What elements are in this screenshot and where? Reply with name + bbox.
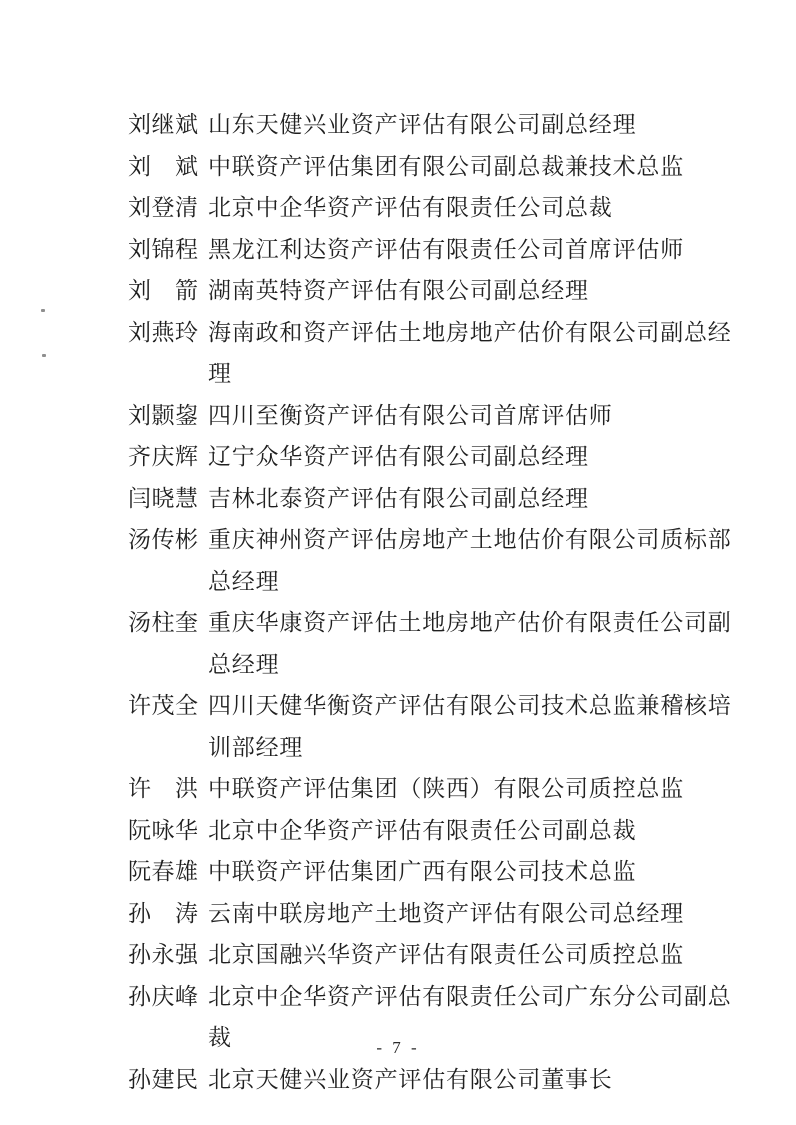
list-item: 许茂全 四川天健华衡资产评估有限公司技术总监兼稽核培训部经理 [128,685,748,768]
person-role: 辽宁众华资产评估有限公司副总经理 [208,436,748,478]
person-name: 刘燕玲 [128,312,201,354]
person-name: 刘颢鋆 [128,395,201,437]
person-role: 云南中联房地产土地资产评估有限公司总经理 [208,893,748,935]
page-number: - 7 - [0,1038,796,1058]
person-name: 阮春雄 [128,851,201,893]
list-item: 刘颢鋆 四川至衡资产评估有限公司首席评估师 [128,395,748,437]
list-item: 齐庆辉 辽宁众华资产评估有限公司副总经理 [128,436,748,478]
scan-artifact-dot [42,354,46,357]
person-role: 北京中企华资产评估有限责任公司副总裁 [208,810,748,852]
person-role: 重庆神州资产评估房地产土地估价有限公司质标部总经理 [208,519,748,602]
person-role: 重庆华康资产评估土地房地产估价有限责任公司副总经理 [208,602,748,685]
person-role: 北京国融兴华资产评估有限责任公司质控总监 [208,934,748,976]
list-item: 刘锦程 黑龙江利达资产评估有限责任公司首席评估师 [128,229,748,271]
list-item: 许 洪 中联资产评估集团（陕西）有限公司质控总监 [128,768,748,810]
list-item: 刘登清 北京中企华资产评估有限责任公司总裁 [128,187,748,229]
list-item: 刘燕玲 海南政和资产评估土地房地产估价有限公司副总经理 [128,312,748,395]
person-name: 许 洪 [128,768,201,810]
list-item: 汤柱奎 重庆华康资产评估土地房地产估价有限责任公司副总经理 [128,602,748,685]
list-item: 阮春雄 中联资产评估集团广西有限公司技术总监 [128,851,748,893]
person-name: 孙永强 [128,934,201,976]
person-name: 许茂全 [128,685,201,727]
person-name: 阮咏华 [128,810,201,852]
list-item: 闫晓慧 吉林北泰资产评估有限公司副总经理 [128,478,748,520]
person-name: 孙建民 [128,1059,201,1101]
person-name: 闫晓慧 [128,478,201,520]
person-name: 刘锦程 [128,229,201,271]
person-role: 黑龙江利达资产评估有限责任公司首席评估师 [208,229,748,271]
person-role: 中联资产评估集团有限公司副总裁兼技术总监 [208,146,748,188]
appointee-list: 刘继斌 山东天健兴业资产评估有限公司副总经理 刘 斌 中联资产评估集团有限公司副… [128,104,748,1100]
person-role: 中联资产评估集团（陕西）有限公司质控总监 [208,768,748,810]
person-name: 刘登清 [128,187,201,229]
person-name: 汤柱奎 [128,602,201,644]
scan-artifact-dot [41,309,45,312]
list-item: 汤传彬 重庆神州资产评估房地产土地估价有限公司质标部总经理 [128,519,748,602]
person-name: 齐庆辉 [128,436,201,478]
person-role: 北京中企华资产评估有限责任公司总裁 [208,187,748,229]
list-item: 孙 涛 云南中联房地产土地资产评估有限公司总经理 [128,893,748,935]
list-item: 刘 箭 湖南英特资产评估有限公司副总经理 [128,270,748,312]
person-name: 刘 箭 [128,270,201,312]
person-role: 北京天健兴业资产评估有限公司董事长 [208,1059,748,1101]
person-role: 吉林北泰资产评估有限公司副总经理 [208,478,748,520]
person-role: 四川天健华衡资产评估有限公司技术总监兼稽核培训部经理 [208,685,748,768]
person-role: 湖南英特资产评估有限公司副总经理 [208,270,748,312]
person-role: 中联资产评估集团广西有限公司技术总监 [208,851,748,893]
list-item: 孙建民 北京天健兴业资产评估有限公司董事长 [128,1059,748,1101]
list-item: 阮咏华 北京中企华资产评估有限责任公司副总裁 [128,810,748,852]
list-item: 孙永强 北京国融兴华资产评估有限责任公司质控总监 [128,934,748,976]
list-item: 刘继斌 山东天健兴业资产评估有限公司副总经理 [128,104,748,146]
person-role: 山东天健兴业资产评估有限公司副总经理 [208,104,748,146]
person-name: 孙 涛 [128,893,201,935]
person-role: 四川至衡资产评估有限公司首席评估师 [208,395,748,437]
person-name: 刘继斌 [128,104,201,146]
person-name: 孙庆峰 [128,976,201,1018]
person-role: 海南政和资产评估土地房地产估价有限公司副总经理 [208,312,748,395]
document-page: 刘继斌 山东天健兴业资产评估有限公司副总经理 刘 斌 中联资产评估集团有限公司副… [0,0,796,1125]
person-name: 刘 斌 [128,146,201,188]
person-name: 汤传彬 [128,519,201,561]
list-item: 刘 斌 中联资产评估集团有限公司副总裁兼技术总监 [128,146,748,188]
